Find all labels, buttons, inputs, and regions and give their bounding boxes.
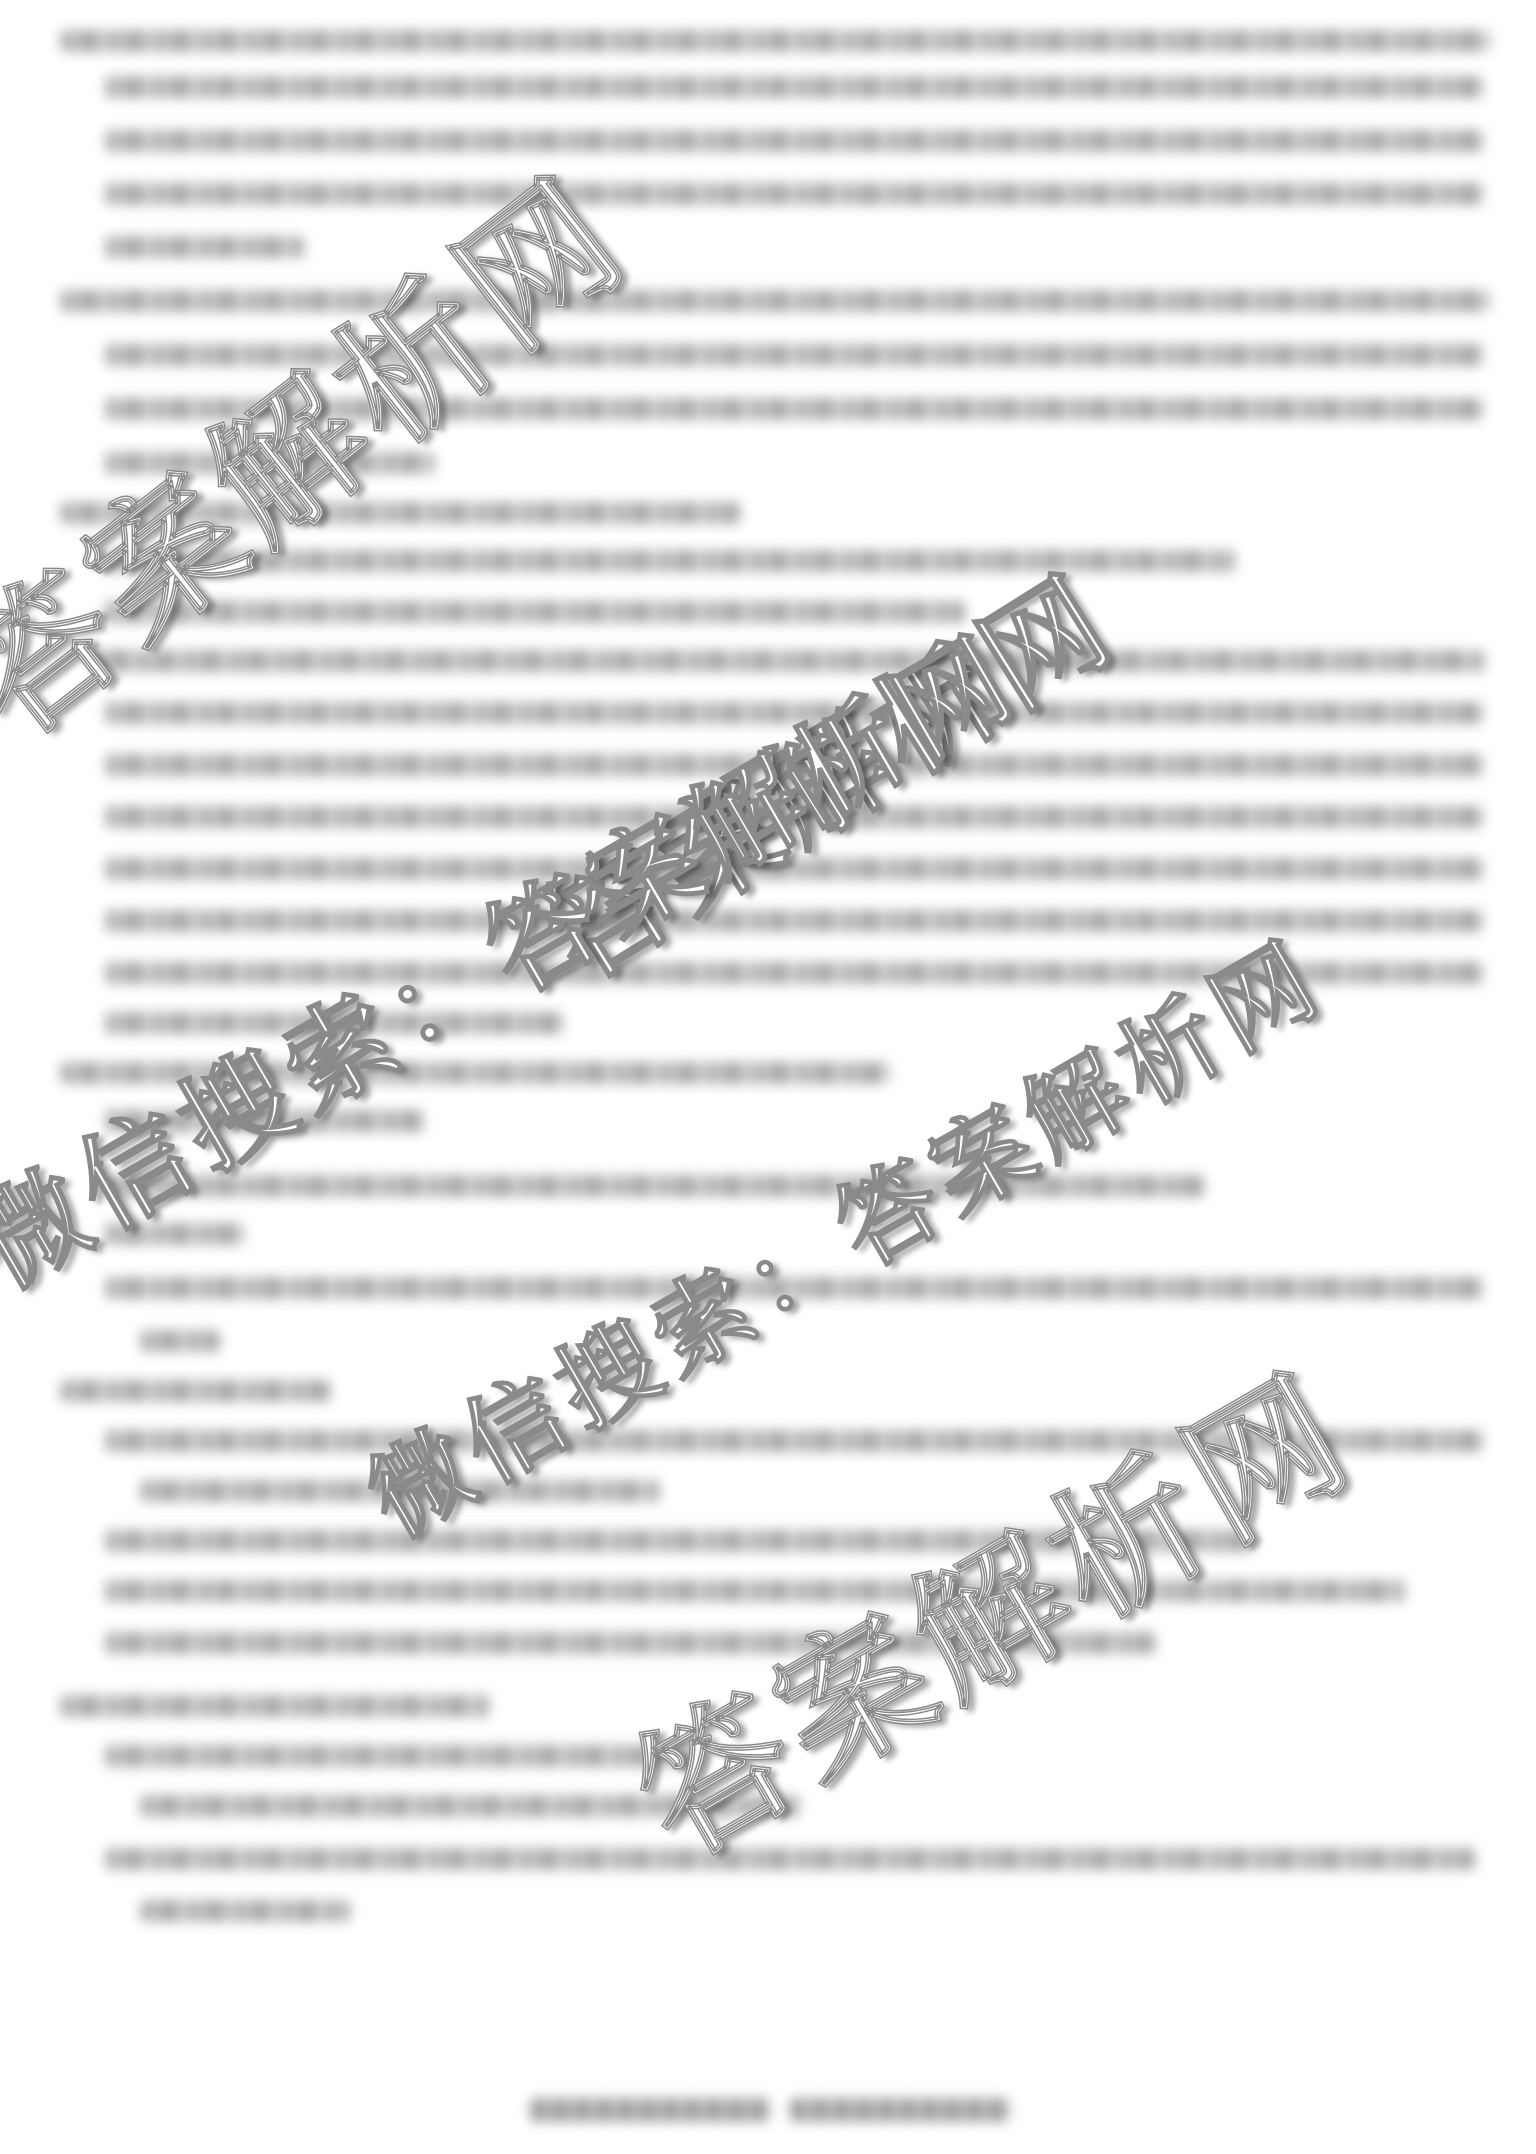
blurred-text-line	[105, 1848, 1475, 1870]
footer-text-left	[530, 2098, 770, 2122]
blurred-text-line	[60, 1380, 330, 1402]
blurred-text-line	[105, 130, 1485, 152]
blurred-text-line	[140, 1330, 220, 1352]
blurred-text-line	[60, 290, 1490, 312]
blurred-text-line	[90, 650, 1485, 672]
blurred-text-line	[60, 1695, 490, 1717]
watermark: 答案解析网	[592, 1314, 1384, 1896]
blurred-text-line	[60, 30, 1490, 52]
blurred-text-line	[105, 76, 1485, 98]
watermark: 答案解析网	[0, 119, 663, 776]
blurred-text-line	[140, 1900, 350, 1922]
blurred-text-line	[105, 236, 305, 258]
blurred-text-line	[105, 183, 1485, 205]
footer-text-right	[790, 2098, 1010, 2122]
